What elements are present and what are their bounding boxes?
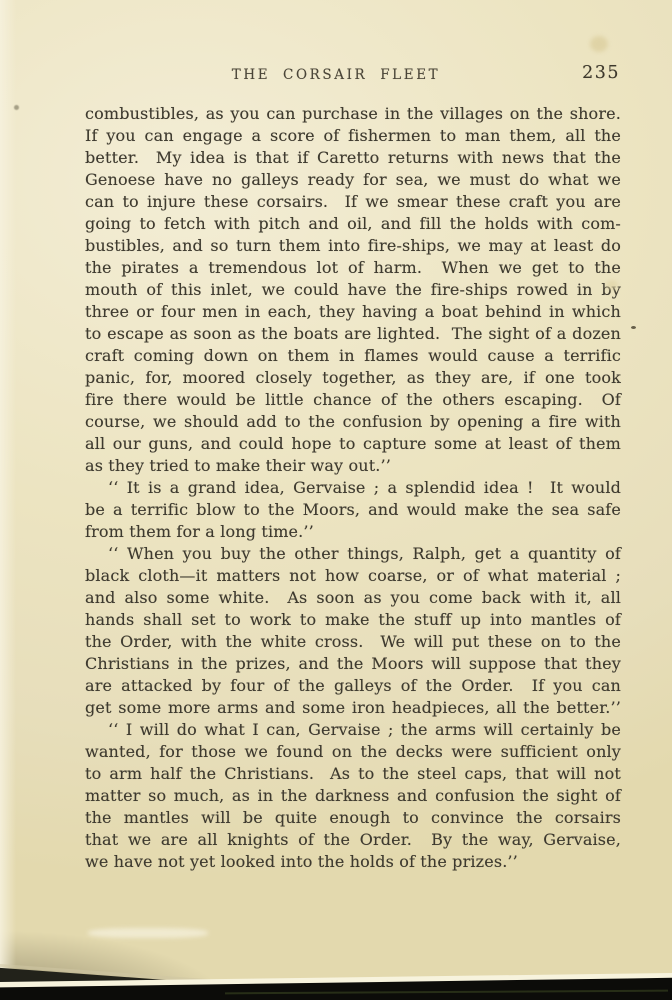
- paper-crease-highlight: [88, 928, 208, 938]
- text-line: black cloth—it matters not how coarse, o…: [85, 565, 621, 587]
- text-line: we have not yet looked into the holds of…: [85, 851, 621, 873]
- text-line: panic, for, moored closely together, as …: [85, 367, 621, 389]
- text-line: the Order, with the white cross. We will…: [85, 631, 621, 653]
- book-bottom-edge: [0, 970, 672, 1000]
- paragraph: ‘‘ When you buy the other things, Ralph,…: [85, 543, 621, 719]
- text-line: the pirates a tremendous lot of harm. Wh…: [85, 257, 621, 279]
- text-line: be a terrific blow to the Moors, and wou…: [85, 499, 621, 521]
- text-line: combustibles, as you can purchase in the…: [85, 103, 621, 125]
- text-line: course, we should add to the confusion b…: [85, 411, 621, 433]
- text-line: Genoese have no galleys ready for sea, w…: [85, 169, 621, 191]
- text-line: from them for a long time.’’: [85, 521, 621, 543]
- text-block: combustibles, as you can purchase in the…: [85, 103, 621, 873]
- text-line: to escape as soon as the boats are light…: [85, 323, 621, 345]
- paragraph: ‘‘ It is a grand idea, Gervaise ; a sple…: [85, 477, 621, 543]
- text-line: wanted, for those we found on the decks …: [85, 741, 621, 763]
- paragraph: ‘‘ I will do what I can, Gervaise ; the …: [85, 719, 621, 873]
- text-line: better. My idea is that if Caretto retur…: [85, 147, 621, 169]
- text-line: all our guns, and could hope to capture …: [85, 433, 621, 455]
- text-line: get some more arms and some iron headpie…: [85, 697, 621, 719]
- text-line: If you can engage a score of fishermen t…: [85, 125, 621, 147]
- text-line: ‘‘ It is a grand idea, Gervaise ; a sple…: [85, 477, 621, 499]
- text-line: ‘‘ When you buy the other things, Ralph,…: [85, 543, 621, 565]
- ink-speck: [14, 105, 19, 110]
- text-line: that we are all knights of the Order. By…: [85, 829, 621, 851]
- text-line: are attacked by four of the galleys of t…: [85, 675, 621, 697]
- text-line: to arm half the Christians. As to the st…: [85, 763, 621, 785]
- paper-stain: [606, 280, 618, 290]
- text-line: ‘‘ I will do what I can, Gervaise ; the …: [85, 719, 621, 741]
- paper-stain: [590, 36, 608, 52]
- book-page: THE CORSAIR FLEET 235 combustibles, as y…: [0, 0, 672, 1000]
- ink-speck: [631, 326, 636, 329]
- chapter-running-title: THE CORSAIR FLEET: [232, 67, 441, 83]
- running-header: THE CORSAIR FLEET 235: [85, 64, 620, 88]
- text-line: Christians in the prizes, and the Moors …: [85, 653, 621, 675]
- text-line: hands shall set to work to make the stuf…: [85, 609, 621, 631]
- text-line: fire there would be little chance of the…: [85, 389, 621, 411]
- page-number: 235: [582, 63, 620, 83]
- text-line: mouth of this inlet, we could have the f…: [85, 279, 621, 301]
- text-line: as they tried to make their way out.’’: [85, 455, 621, 477]
- text-line: going to fetch with pitch and oil, and f…: [85, 213, 621, 235]
- text-line: and also some white. As soon as you come…: [85, 587, 621, 609]
- text-line: three or four men in each, they having a…: [85, 301, 621, 323]
- text-line: the mantles will be quite enough to conv…: [85, 807, 621, 829]
- paragraph: combustibles, as you can purchase in the…: [85, 103, 621, 477]
- text-line: craft coming down on them in flames woul…: [85, 345, 621, 367]
- text-line: bustibles, and so turn them into fire-sh…: [85, 235, 621, 257]
- text-line: can to injure these corsairs. If we smea…: [85, 191, 621, 213]
- text-line: matter so much, as in the darkness and c…: [85, 785, 621, 807]
- scanned-book-photo: THE CORSAIR FLEET 235 combustibles, as y…: [0, 0, 672, 1000]
